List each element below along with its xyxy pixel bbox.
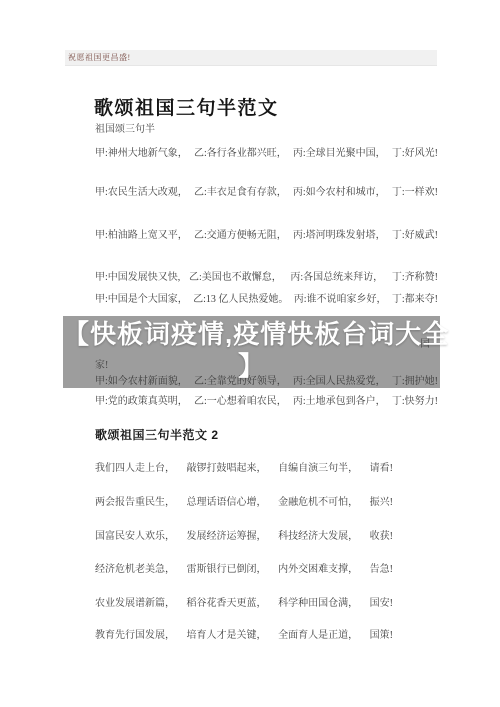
verse-line: 国富民安人欢乐， 发展经济运筹握， 科技经济大发展， 收获! [95,530,393,543]
verse-part: 雷斯银行已倒闭， [187,563,267,576]
verse-line: 甲:中国发展快又快, 乙:美国也不敢懈怠， 丙:各国总统来拜访， 丁:齐称赞! [95,271,438,284]
verse-part: 甲:中国发展快又快, [95,271,180,284]
verse-part: 科学种田国仓满， [278,597,358,610]
verse-part: 两会报告重民生， [95,496,175,509]
verse-part: 丁:快努力! [392,395,438,408]
verse-part: 丁:一样欢! [392,186,438,199]
verse-part: 丁:好威武! [392,229,438,242]
verse-part: 丙:谁不说咱家乡好， [294,293,387,306]
verse-part: 乙:13 亿人民热爱她。 [193,293,288,306]
verse-part: 丁:都来夺! [392,293,438,306]
verse-part: 农业发展谱新篇， [95,597,175,610]
verse-part: 请看! [370,462,393,475]
verse-part: 丙:全球目光聚中国， [293,147,386,160]
verse-part: 金融危机不可怕， [278,496,358,509]
verse-part: 稻谷花香天更蓝， [187,597,267,610]
verse-part: 乙:交通方便畅无阻， [194,229,287,242]
verse-part: 告急! [370,563,393,576]
verse-part: 我们四人走上台， [95,462,175,475]
verse-part: 甲:党的政策真英明， [95,395,188,408]
watermark-overlay: 国 家! 【快板词疫情,疫情快板台词大全 】 甲:如今农村新面貌， 乙:全靠党的… [63,316,440,388]
verse-line: 甲:党的政策真英明， 乙:一心想着咱农民， 丙:土地承包到各户， 丁:快努力! [95,395,438,408]
verse-part: 总理话语信心增， [187,496,267,509]
verse-part: 丙:各国总统来拜访， [290,271,383,284]
verse-part: 乙:丰衣足食有存款， [194,186,287,199]
verse-part: 自编自演三句半， [278,462,358,475]
verse-part: 丙:土地承包到各户， [293,395,386,408]
verse-part: 发展经济运筹握， [187,530,267,543]
verse-part: 甲:神州大地新气象， [95,147,188,160]
verse-line: 甲:柏油路上宽又平， 乙:交通方便畅无阻， 丙:塔河明珠发射塔， 丁:好威武! [95,229,438,242]
document-page: 祝愿祖国更昌盛! 歌颂祖国三句半范文 祖国颂三句半 甲:神州大地新气象， 乙:各… [0,0,500,707]
verse-part: 振兴! [370,496,393,509]
header-note: 祝愿祖国更昌盛! [65,52,131,63]
verse-part: 国富民安人欢乐， [95,530,175,543]
verse-part: 国策! [370,629,393,642]
verse-part: 丁:齐称赞! [392,271,438,284]
verse-part: 乙:一心想着咱农民， [194,395,287,408]
verse-part: 培育人才是关键， [187,629,267,642]
verse-part: 收获! [370,530,393,543]
verse-part: 甲:柏油路上宽又平， [95,229,188,242]
verse-part: 国安! [370,597,393,610]
verse-part: 科技经济大发展， [278,530,358,543]
verse-line: 甲:中国是个大国家， 乙:13 亿人民热爱她。 丙:谁不说咱家乡好， 丁:都来夺… [95,293,438,306]
verse-part: 乙:各行各业都兴旺， [194,147,287,160]
verse-part: 丙:塔河明珠发射塔， [293,229,386,242]
verse-part: 甲:农民生活大改观， [95,186,188,199]
verse-line: 甲:农民生活大改观， 乙:丰衣足食有存款， 丙:如今农村和城市， 丁:一样欢! [95,186,438,199]
verse-line: 我们四人走上台， 敲锣打鼓唱起来， 自编自演三句半， 请看! [95,462,393,475]
watermark-text-line1: 【快板词疫情,疫情快板台词大全 [63,321,440,347]
verse-line: 甲:神州大地新气象， 乙:各行各业都兴旺， 丙:全球目光聚中国， 丁:好风光! [95,147,438,160]
verse-line: 农业发展谱新篇， 稻谷花香天更蓝， 科学种田国仓满， 国安! [95,597,393,610]
verse-line: 两会报告重民生， 总理话语信心增， 金融危机不可怕， 振兴! [95,496,393,509]
verse-part: 敲锣打鼓唱起来， [187,462,267,475]
verse-part: 甲:中国是个大国家， [95,293,188,306]
verse-line: 教育先行国发展， 培育人才是关键， 全面育人是正道， 国策! [95,629,393,642]
verse-part: 乙:美国也不敢懈怠， [189,271,282,284]
verse-part: 内外交困难支撑， [278,563,358,576]
doc-title: 歌颂祖国三句半范文 [94,93,279,120]
verse-part: 教育先行国发展， [95,629,175,642]
header-strip: 祝愿祖国更昌盛! [65,50,437,66]
verse-part: 全面育人是正道， [278,629,358,642]
verse-line: 经济危机老美急， 雷斯银行已倒闭， 内外交困难支撑， 告急! [95,563,393,576]
verse-part: 丙:如今农村和城市， [293,186,386,199]
section1-subtitle: 祖国颂三句半 [95,120,155,135]
section2-heading: 歌颂祖国三句半范文 2 [95,426,219,443]
verse-part: 经济危机老美急， [95,563,175,576]
watermark-text-line2: 】 [63,353,440,379]
verse-part: 丁:好风光! [392,147,438,160]
